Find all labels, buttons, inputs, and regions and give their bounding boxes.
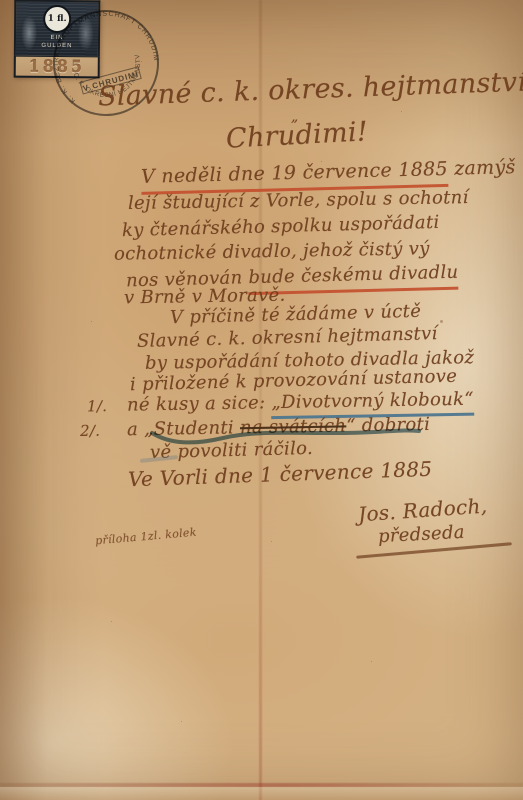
body-line-1: V neděli dne 19 července 1885 zamýš: [141, 158, 516, 187]
body-line-3: ky čtenářského spolku uspořádati: [122, 214, 440, 240]
item-2-marker: 2/.: [80, 423, 127, 439]
body-line-4: ochotnické divadlo, jehož čistý vý: [114, 240, 430, 264]
paper-edge-strip: [0, 787, 523, 800]
body-line-2: lejí študující z Vorle, spolu s ochotní: [128, 189, 469, 213]
signature-title: předseda: [378, 524, 466, 547]
margin-note: příloha 1zl. kolek: [95, 527, 197, 547]
blue-wavy-underline: [148, 425, 423, 447]
signature-name: Jos. Radoch,: [357, 496, 487, 525]
body-line-8: Slavné c. k. okresní hejtmanství: [137, 325, 438, 351]
salutation-line-2: Chrudimi!: [225, 118, 368, 152]
document-page: 1 fl. EIN GULDEN 1885 K. K. BEZIRKSHAUPT…: [0, 0, 523, 800]
item-1-text: né kusy a sice:: [127, 392, 272, 416]
postmark-chrudim: K. K. BEZIRKSHAUPTMANNSCHAFT CHRUDIM C. …: [36, 0, 176, 133]
dateline: Ve Vorli dne 1 července 1885: [128, 459, 433, 490]
item-1-marker: 1/.: [87, 399, 127, 415]
list-item-1: 1/.né kusy a sice: „Divotvorný klobouk“: [87, 391, 474, 416]
body-line-1-rest: zamýš: [448, 156, 516, 180]
